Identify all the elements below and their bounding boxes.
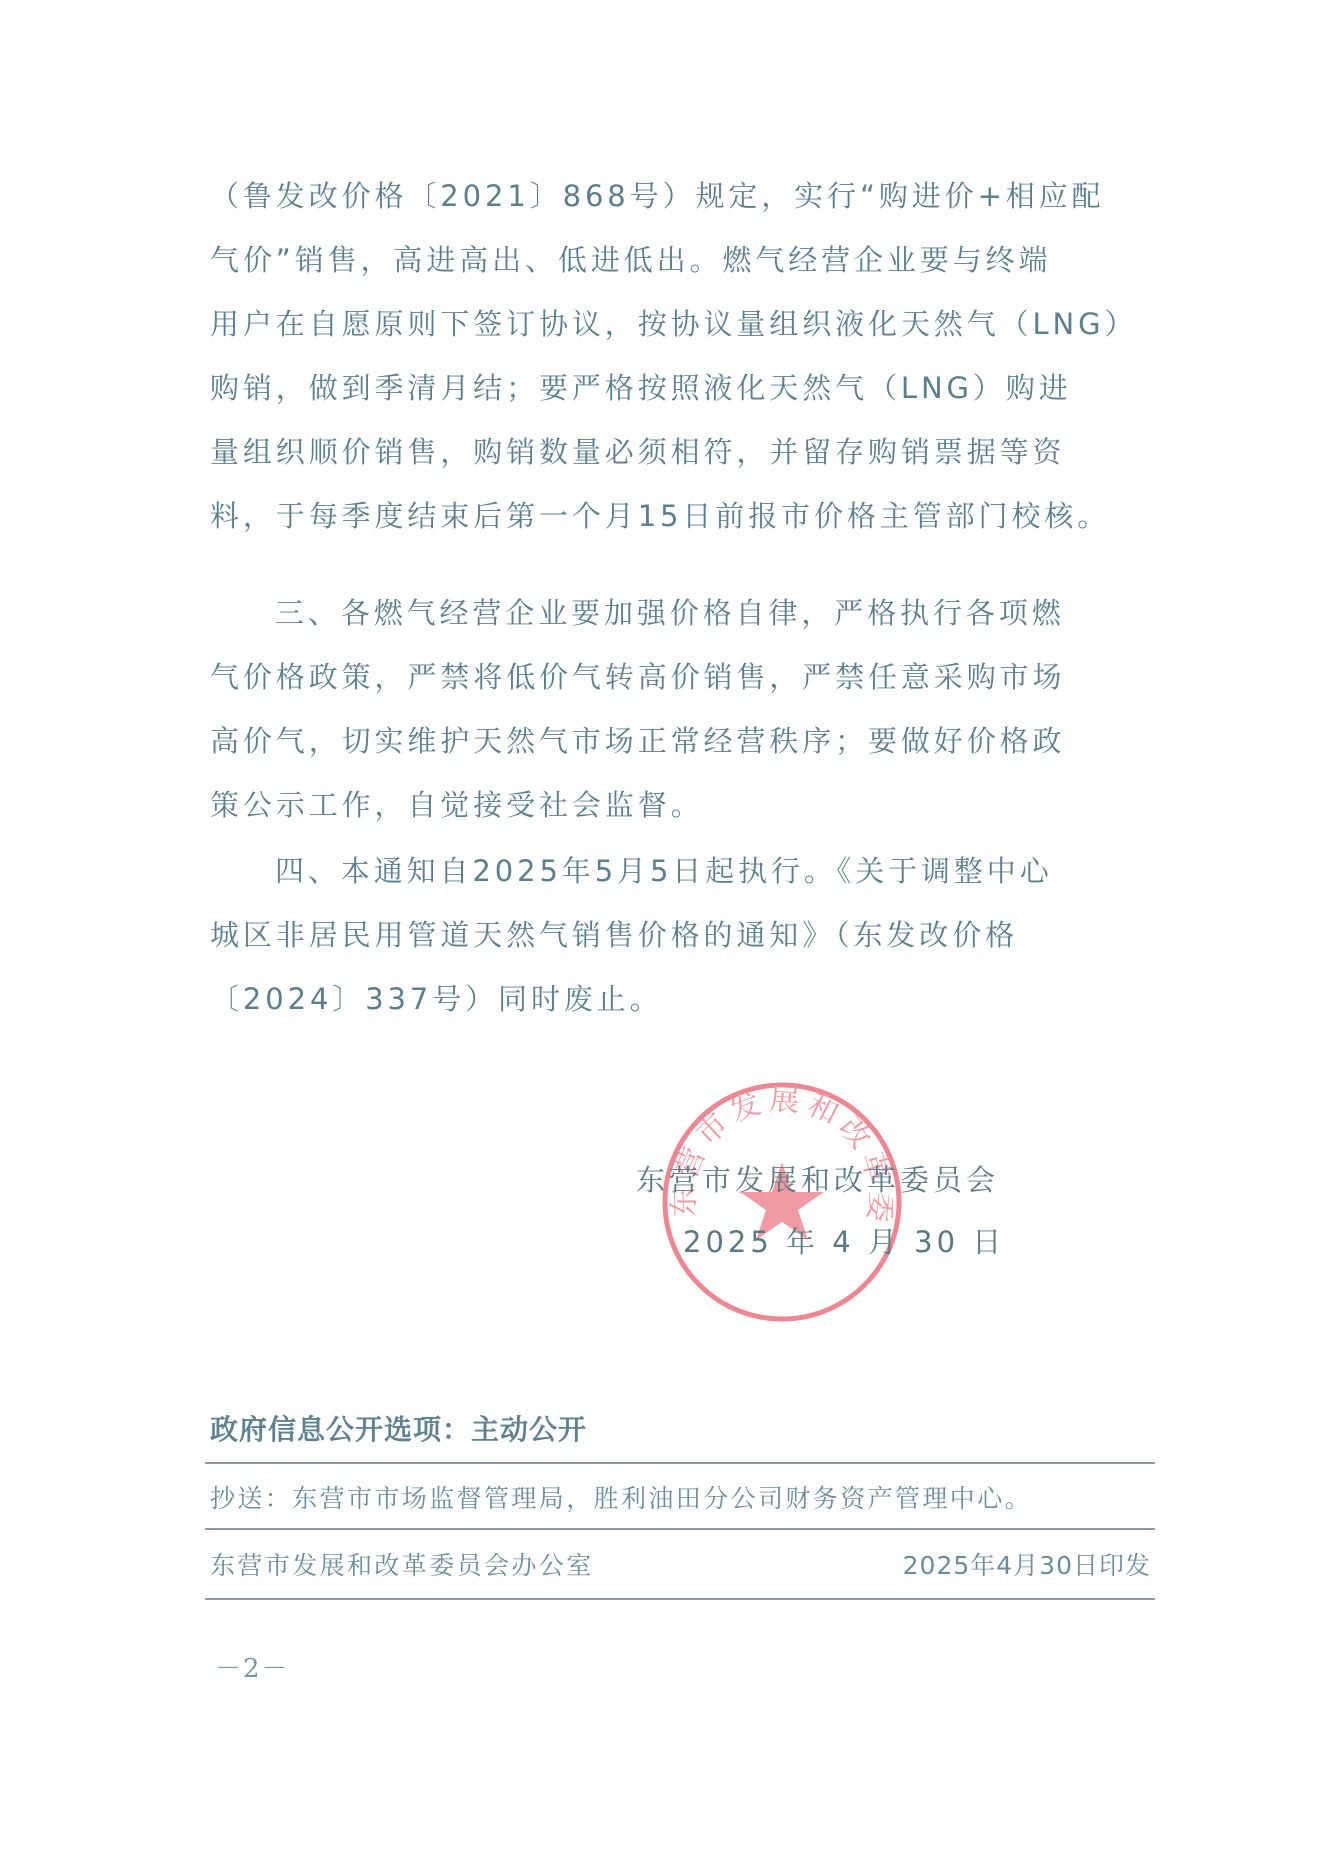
- body-line: （鲁发改价格〔2021〕868号）规定，实行“购进价+相应配: [210, 178, 1110, 214]
- issue-date: 2025 年 4 月 30 日: [683, 1224, 1005, 1260]
- body-line: 购销，做到季清月结；要严格按照液化天然气（LNG）购进: [210, 370, 1110, 406]
- issuer-signature: 东营市发展和改革委员会: [636, 1162, 999, 1198]
- cc-recipients: 抄送：东营市市场监督管理局，胜利油田分公司财务资产管理中心。: [210, 1483, 1032, 1515]
- document-page: （鲁发改价格〔2021〕868号）规定，实行“购进价+相应配 气价”销售，高进高…: [0, 0, 1323, 1871]
- section-3-line: 三、各燃气经营企业要加强价格自律，严格执行各项燃: [275, 595, 1175, 631]
- section-3-line: 高价气，切实维护天然气市场正常经营秩序；要做好价格政: [210, 723, 1110, 759]
- page-number: －2－: [215, 1648, 290, 1685]
- official-seal-stamp-icon: 东营市发展和改革委员会: [660, 1080, 904, 1324]
- section-4-line: 城区非居民用管道天然气销售价格的通知》（东发改价格: [210, 917, 1110, 953]
- divider: [205, 1528, 1155, 1530]
- section-4-line: 〔2024〕337号）同时废止。: [210, 981, 1110, 1017]
- body-line: 量组织顺价销售，购销数量必须相符，并留存购销票据等资: [210, 434, 1110, 470]
- divider: [205, 1598, 1155, 1600]
- issuing-office: 东营市发展和改革委员会办公室: [210, 1550, 594, 1582]
- body-line: 气价”销售，高进高出、低进低出。燃气经营企业要与终端: [210, 242, 1110, 278]
- body-line: 用户在自愿原则下签订协议，按协议量组织液化天然气（LNG）: [210, 306, 1110, 342]
- disclosure-option: 政府信息公开选项：主动公开: [210, 1408, 587, 1448]
- section-3-line: 策公示工作，自觉接受社会监督。: [210, 787, 1110, 823]
- divider: [205, 1462, 1155, 1464]
- section-4-line: 四、本通知自2025年5月5日起执行。《关于调整中心: [275, 853, 1175, 889]
- body-line: 料，于每季度结束后第一个月15日前报市价格主管部门校核。: [210, 498, 1110, 534]
- section-3-line: 气价格政策，严禁将低价气转高价销售，严禁任意采购市场: [210, 659, 1110, 695]
- print-date: 2025年4月30日印发: [903, 1550, 1151, 1582]
